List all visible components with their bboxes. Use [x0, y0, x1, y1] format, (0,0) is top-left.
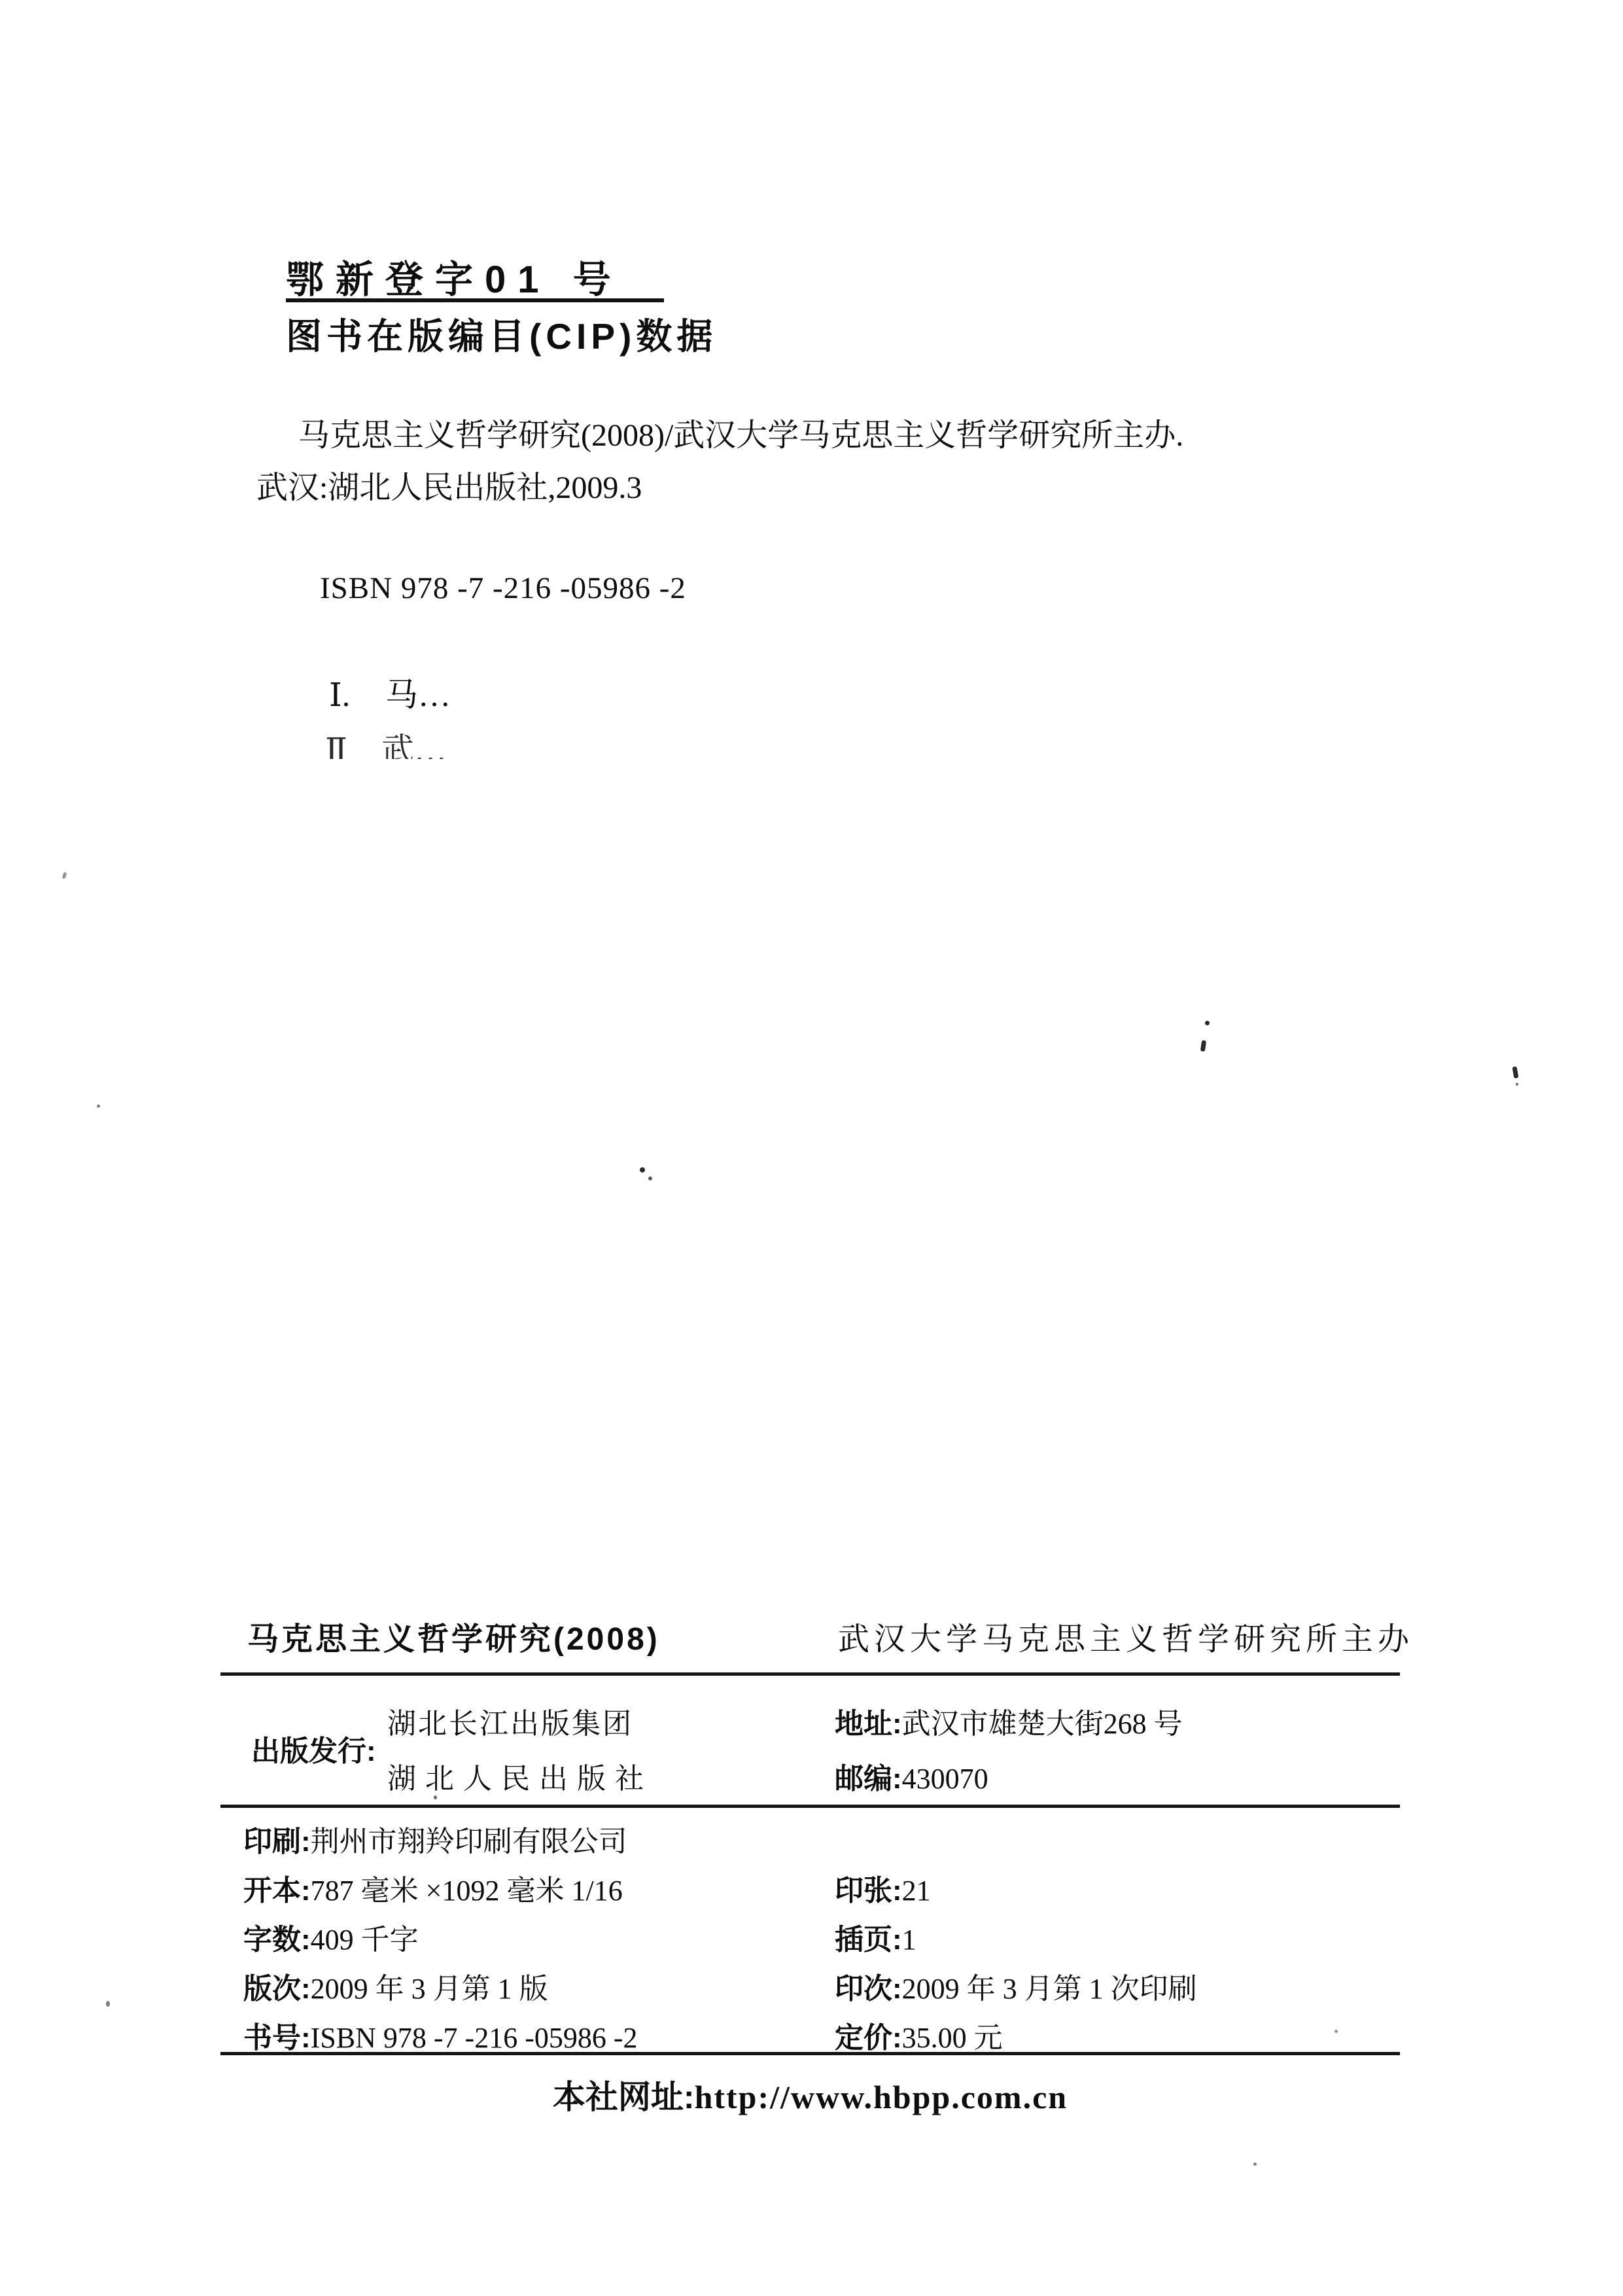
- scan-speck: [640, 1167, 645, 1173]
- website-row: 本社网址:http://www.hbpp.com.cn: [220, 2071, 1400, 2118]
- scan-speck: [1516, 1083, 1518, 1086]
- isbn-line: ISBN 978 -7 -216 -05986 -2: [320, 571, 686, 606]
- address-row: 地址:武汉市雄楚大街268 号: [835, 1700, 1183, 1742]
- impression-row: 印次:2009 年 3 月第 1 次印刷: [835, 1965, 1197, 2007]
- price-label: 定价:: [835, 2022, 902, 2054]
- word-count-value: 409 千字: [311, 1924, 419, 1956]
- publisher-label: 出版发行:: [251, 1727, 376, 1769]
- cip-record-line-2: 武汉:湖北人民出版社,2009.3: [256, 462, 642, 507]
- inserted-pages-value: 1: [902, 1924, 916, 1956]
- divider-rule-top: [220, 1672, 1400, 1676]
- postal-code-row: 邮编:430070: [835, 1755, 988, 1797]
- impression-value: 2009 年 3 月第 1 次印刷: [902, 1973, 1197, 2005]
- address-value: 武汉市雄楚大街268 号: [902, 1708, 1183, 1740]
- divider-rule-bottom: [220, 2052, 1400, 2055]
- postal-code-label: 邮编:: [835, 1763, 902, 1795]
- edition-label: 版次:: [243, 1973, 311, 2005]
- printer-row: 印刷:荆州市翔羚印刷有限公司: [243, 1818, 627, 1860]
- inserted-pages-label: 插页:: [835, 1924, 902, 1956]
- website-label: 本社网址:: [553, 2079, 695, 2115]
- postal-code-value: 430070: [902, 1763, 988, 1795]
- classification-text: 武…: [381, 732, 447, 759]
- publisher-press: 湖北人民出版社: [387, 1755, 653, 1797]
- classification-numeral: Ⅱ: [325, 731, 381, 759]
- scan-speck: [1200, 1040, 1206, 1052]
- address-label: 地址:: [835, 1708, 902, 1740]
- website-url: http://www.hbpp.com.cn: [695, 2079, 1068, 2115]
- scan-speck: [97, 1104, 100, 1108]
- divider-rule-middle: [220, 1805, 1400, 1808]
- classification-text: 马…: [385, 677, 451, 713]
- scan-speck: [1253, 2163, 1257, 2166]
- printer-label: 印刷:: [243, 1826, 311, 1858]
- word-count-label: 字数:: [243, 1924, 311, 1956]
- price-value: 35.00 元: [902, 2022, 1003, 2054]
- format-label: 开本:: [243, 1875, 311, 1907]
- cip-record-line-1: 马克思主义哲学研究(2008)/武汉大学马克思主义哲学研究所主办.: [298, 410, 1183, 455]
- colophon-organizer: 武汉大学马克思主义哲学研究所主办: [838, 1614, 1414, 1659]
- publisher-group: 湖北长江出版集团: [387, 1700, 633, 1742]
- printed-sheets-label: 印张:: [835, 1875, 902, 1907]
- scan-speck: [1205, 1021, 1210, 1025]
- inserted-pages-row: 插页:1: [835, 1916, 916, 1958]
- scan-speck: [434, 1795, 437, 1799]
- classification-item-2-clipped: Ⅱ武…: [325, 724, 447, 759]
- edition-row: 版次:2009 年 3 月第 1 版: [243, 1965, 548, 2007]
- edition-value: 2009 年 3 月第 1 版: [311, 1973, 548, 2005]
- cip-heading: 图书在版编目(CIP)数据: [286, 308, 717, 359]
- scan-speck: [1512, 1067, 1518, 1079]
- book-number-row: 书号:ISBN 978 -7 -216 -05986 -2: [243, 2014, 638, 2056]
- price-row: 定价:35.00 元: [835, 2014, 1003, 2056]
- colophon-book-title: 马克思主义哲学研究(2008): [247, 1614, 660, 1659]
- scan-speck: [106, 2001, 110, 2007]
- word-count-row: 字数:409 千字: [243, 1916, 419, 1958]
- registration-number: 鄂新登字01 号: [286, 249, 623, 304]
- book-number-label: 书号:: [243, 2022, 311, 2054]
- book-number-value: ISBN 978 -7 -216 -05986 -2: [311, 2022, 638, 2054]
- impression-label: 印次:: [835, 1973, 902, 2005]
- classification-item-1: Ⅰ.马…: [329, 669, 451, 716]
- scan-speck: [648, 1176, 652, 1180]
- classification-numeral: Ⅰ.: [329, 676, 385, 714]
- registration-underline: [286, 298, 664, 302]
- format-value: 787 毫米 ×1092 毫米 1/16: [311, 1875, 623, 1907]
- printed-sheets-value: 21: [902, 1875, 931, 1907]
- printed-sheets-row: 印张:21: [835, 1867, 931, 1909]
- printer-value: 荆州市翔羚印刷有限公司: [311, 1826, 627, 1858]
- scan-speck: [1335, 2030, 1338, 2033]
- format-row: 开本:787 毫米 ×1092 毫米 1/16: [243, 1867, 623, 1909]
- scan-speck: [62, 872, 67, 879]
